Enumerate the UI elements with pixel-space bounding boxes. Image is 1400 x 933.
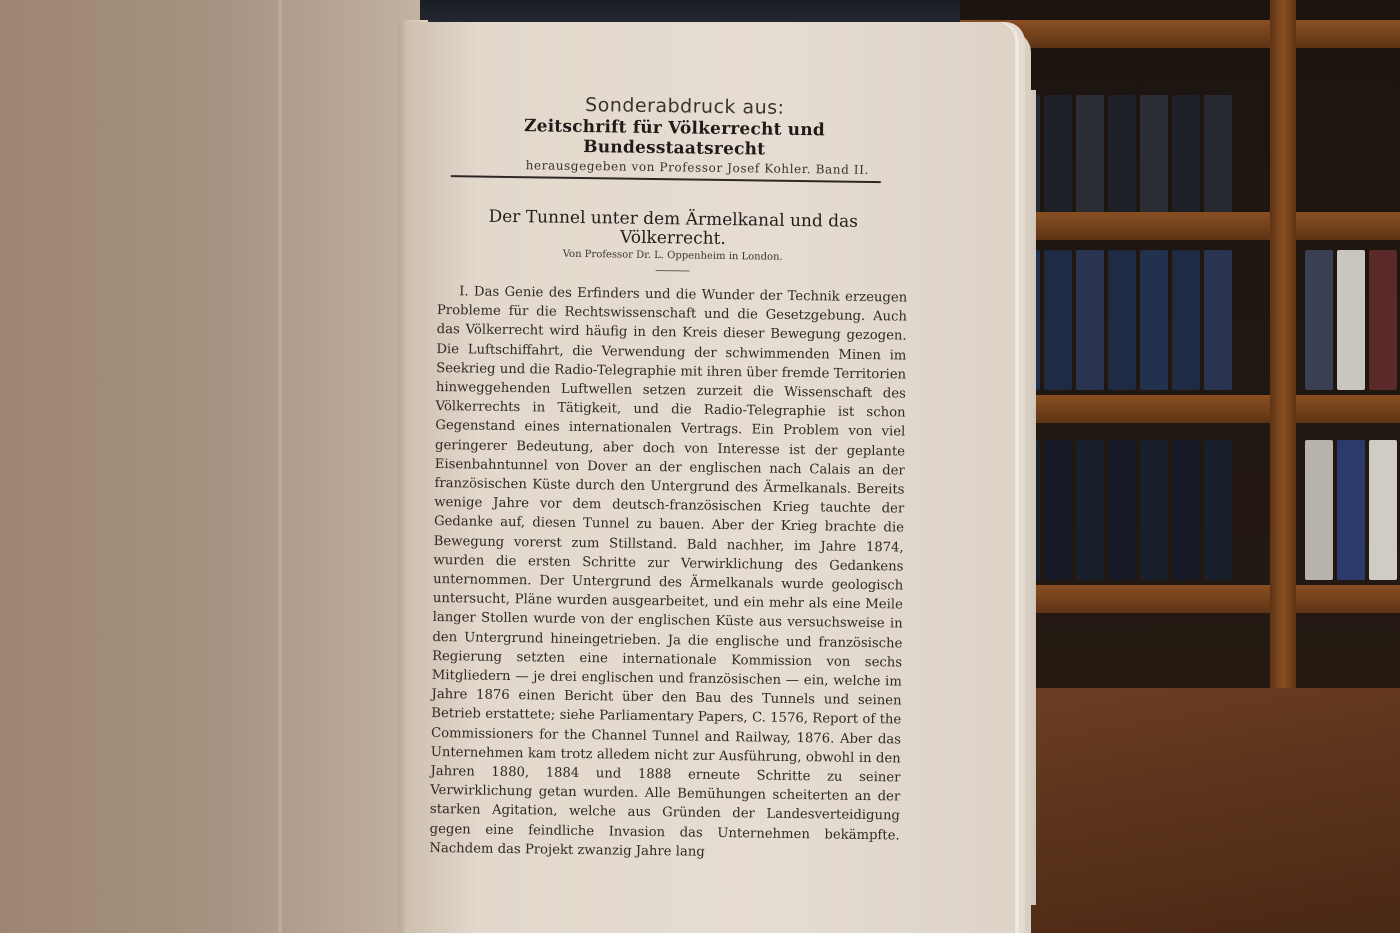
- article-title: Der Tunnel unter dem Ärmelkanal und das …: [438, 207, 908, 252]
- book-row: [1305, 250, 1397, 390]
- left-page-blank: [0, 0, 420, 933]
- page-stack-edge: [1018, 90, 1036, 905]
- body-paragraph: I. Das Genie des Erfinders und die Wunde…: [429, 282, 907, 865]
- book-row: [1305, 440, 1397, 580]
- title-separator: [656, 270, 690, 271]
- shelf-board: [960, 20, 1400, 48]
- journal-title: Zeitschrift für Völkerrecht und Bundesst…: [439, 115, 910, 162]
- shelf-post: [1270, 0, 1296, 700]
- photo-scene: Sonderabdruck aus: Zeitschrift für Völke…: [0, 0, 1400, 933]
- page-content: Sonderabdruck aus: Zeitschrift für Völke…: [429, 92, 910, 865]
- header-rule: [451, 175, 881, 183]
- wooden-table: [1000, 688, 1400, 933]
- article-body: I. Das Genie des Erfinders und die Wunde…: [429, 282, 907, 865]
